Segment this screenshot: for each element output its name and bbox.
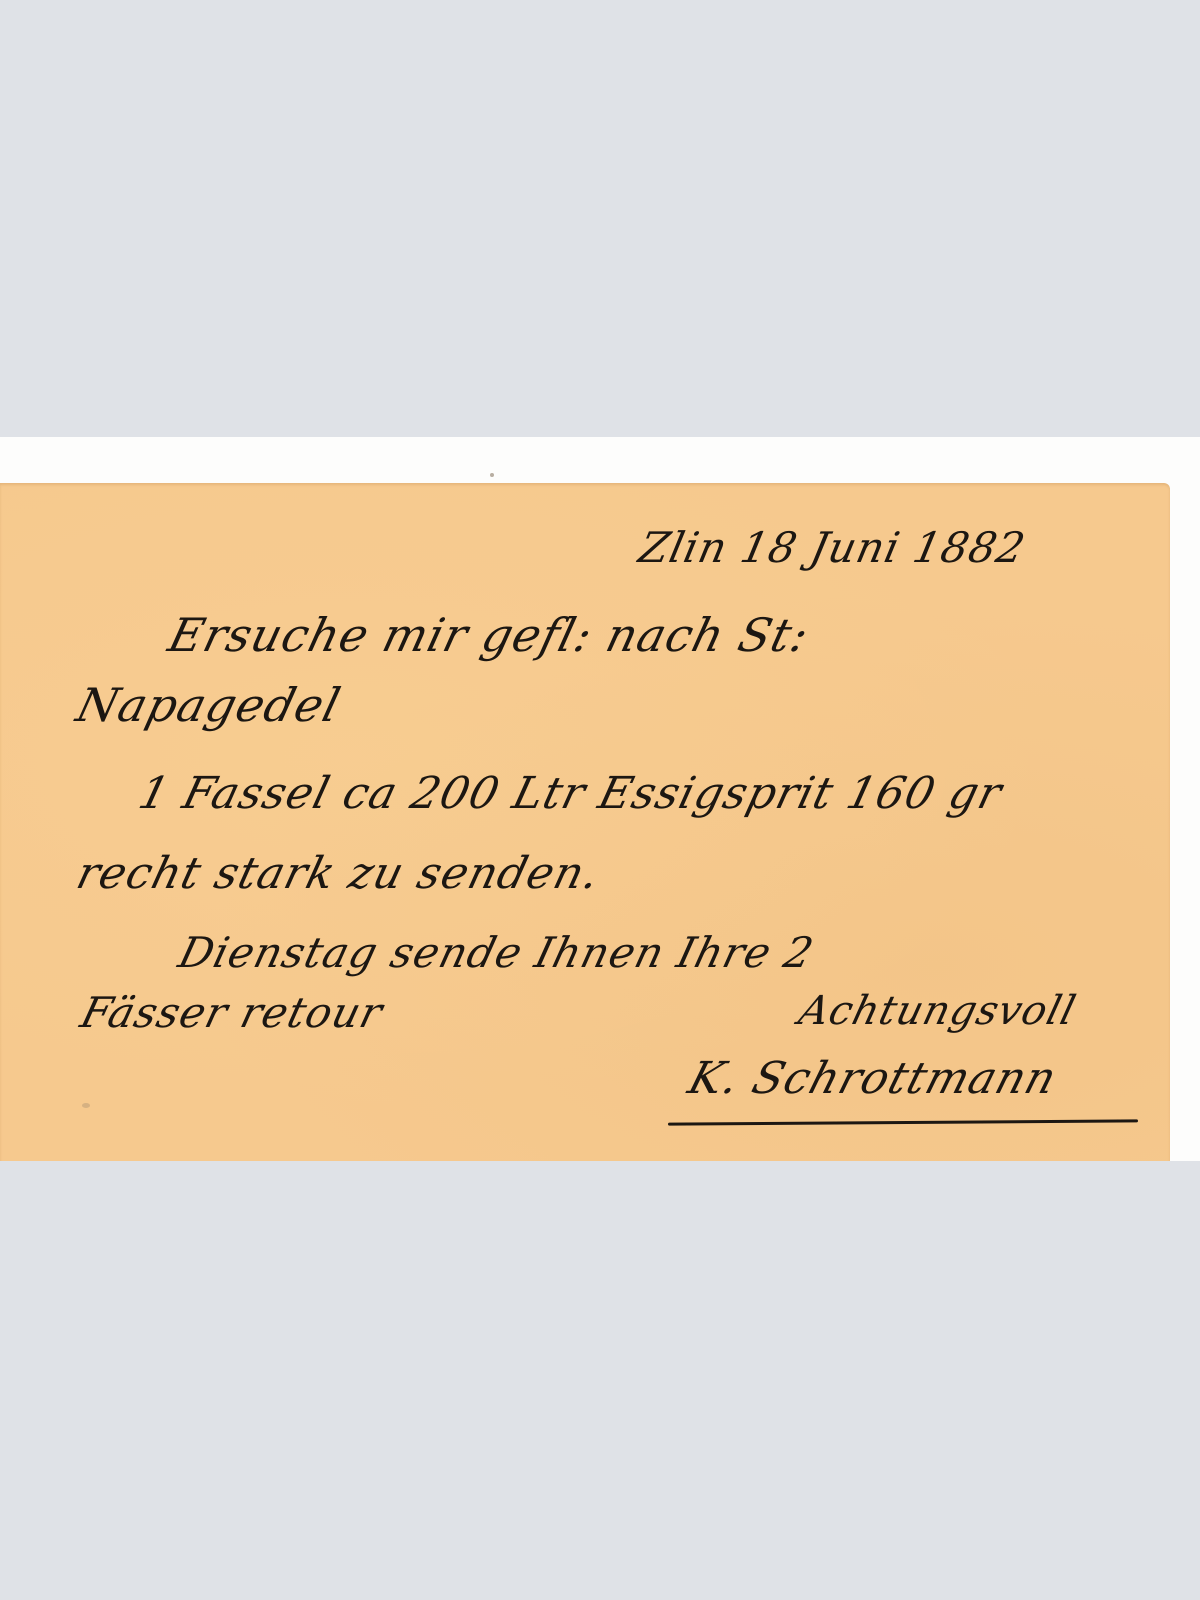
paper-stain [82, 1103, 90, 1108]
body-line-1: Ersuche mir gefl: nach St: [163, 608, 815, 662]
scanned-page: Zlin 18 Juni 1882 Ersuche mir gefl: nach… [0, 437, 1200, 1161]
body-line-2: Napagedel [71, 678, 346, 732]
body-line-4: recht stark zu senden. [72, 848, 606, 899]
place-date: Zlin 18 Juni 1882 [635, 523, 1030, 572]
paper-speck [490, 473, 494, 477]
signature-underline [668, 1119, 1138, 1125]
body-line-5: Dienstag sende Ihnen Ihre 2 [174, 928, 819, 977]
image-viewer: Zlin 18 Juni 1882 Ersuche mir gefl: nach… [0, 0, 1200, 1600]
body-line-3: 1 Fassel ca 200 Ltr Essigsprit 160 gr [134, 768, 1008, 819]
postcard: Zlin 18 Juni 1882 Ersuche mir gefl: nach… [0, 483, 1170, 1161]
signature: K. Schrottmann [683, 1053, 1063, 1104]
closing: Achtungsvoll [794, 988, 1081, 1034]
body-line-6: Fässer retour [76, 988, 388, 1037]
